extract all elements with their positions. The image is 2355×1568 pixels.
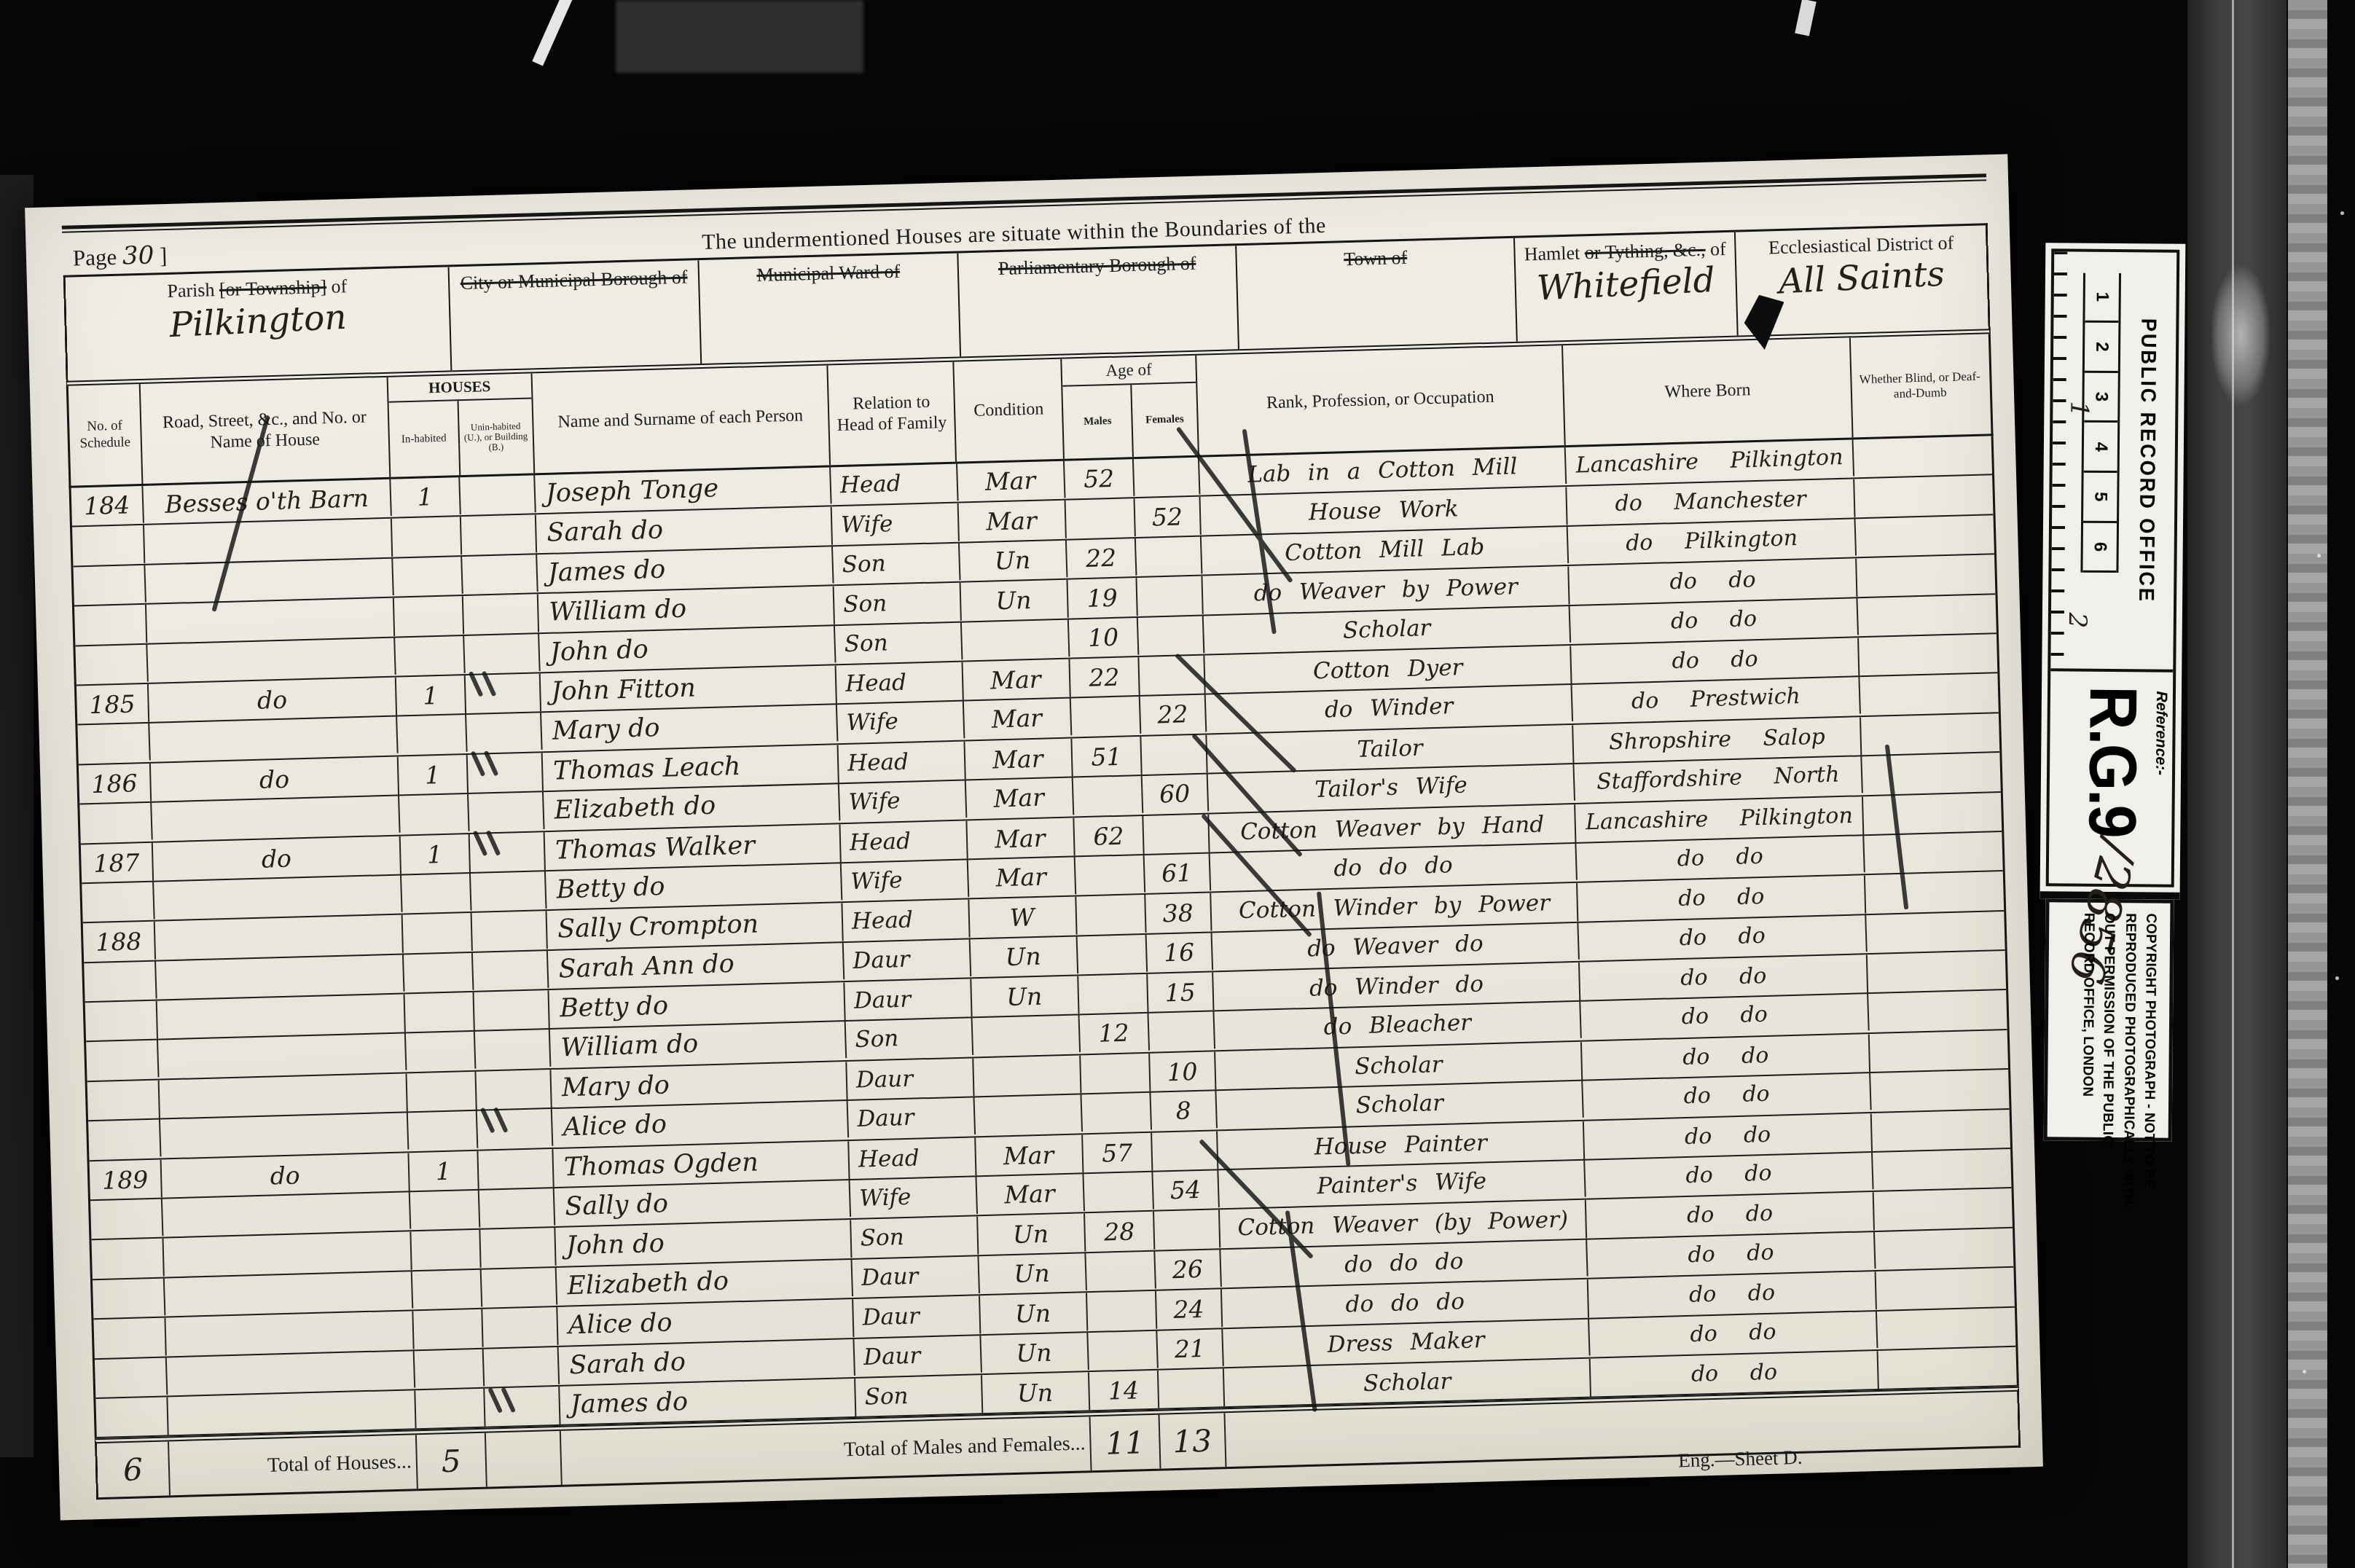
cell-where-born: Lancashire Pilkington	[1575, 796, 1865, 842]
cell-schedule	[74, 605, 147, 645]
cell-age-females	[1141, 734, 1207, 775]
cell-road	[160, 1112, 410, 1158]
cell-schedule: 189	[90, 1159, 162, 1199]
boundary-field-1: City or Municipal Borough of	[450, 260, 702, 370]
ruler-number-boxes: 123456	[2080, 273, 2121, 573]
cell-condition: Mar	[968, 856, 1076, 898]
cell-uninhabited	[466, 673, 541, 713]
cell-age-females	[1137, 576, 1203, 616]
cell-uninhabited	[480, 1228, 556, 1268]
cell-condition: Mar	[965, 738, 1073, 779]
cell-inhabited: 1	[401, 834, 471, 874]
cell-uninhabited	[460, 474, 536, 515]
cell-age-males: 22	[1070, 657, 1140, 697]
record-office-title: PUBLIC RECORD OFFICE	[2117, 264, 2176, 656]
cell-blind	[1874, 1189, 2010, 1231]
cell-age-females	[1159, 1368, 1225, 1408]
cell-blind	[1854, 435, 1990, 477]
cell-road	[165, 1270, 414, 1316]
cell-relation: Daur	[852, 1255, 980, 1298]
cell-age-males	[1084, 1172, 1153, 1212]
cell-condition	[973, 1055, 1082, 1096]
cell-age-females: 15	[1148, 973, 1214, 1013]
cell-schedule	[72, 525, 145, 565]
cell-age-males: 57	[1083, 1132, 1153, 1172]
ruler-number: 1	[2085, 273, 2119, 323]
cell-where-born: do do	[1569, 559, 1858, 604]
cell-inhabited	[407, 1072, 477, 1112]
cell-condition	[972, 1015, 1081, 1057]
boundary-field-3: Parliamentary Borough of	[958, 246, 1239, 356]
cell-where-born: do do	[1588, 1271, 1878, 1317]
cell-relation: Wife	[841, 859, 969, 901]
cell-schedule	[93, 1277, 165, 1317]
cell-age-females: 60	[1143, 773, 1209, 813]
cell-blind	[1865, 831, 2001, 874]
cell-age-females: 10	[1150, 1051, 1216, 1091]
cell-road	[162, 1191, 412, 1237]
cell-inhabited	[393, 556, 463, 596]
cell-condition: Mar	[963, 659, 1071, 700]
cell-where-born: do do	[1585, 1151, 1874, 1199]
cell-age-males	[1088, 1330, 1158, 1370]
cell-uninhabited	[474, 990, 549, 1030]
cell-uninhabited	[477, 1108, 553, 1149]
cell-name: Sarah do	[536, 507, 832, 553]
ruler-number: 5	[2083, 473, 2117, 523]
cell-condition: Un	[959, 539, 1067, 581]
totals-mf-label: Total of Males and Females...	[560, 1417, 1092, 1486]
cell-uninhabited	[483, 1346, 559, 1387]
totals-females: 13	[1159, 1414, 1226, 1469]
boundary-field-value: Whitefield	[1516, 259, 1736, 309]
boundary-field-5: Hamlet or Tything, &c., ofWhitefield	[1515, 232, 1739, 342]
cell-uninhabited	[466, 712, 542, 753]
film-strip-band-light	[2288, 0, 2327, 1568]
cell-relation: Wife	[831, 503, 959, 545]
film-scratch	[532, 0, 575, 66]
cell-inhabited	[408, 1110, 478, 1150]
cell-blind	[1857, 555, 1994, 597]
reference-caption: Reference:-	[2151, 691, 2170, 878]
cell-blind	[1870, 1069, 2007, 1111]
cell-blind	[1872, 1110, 2008, 1151]
totals-houses-label: Total of Houses...	[169, 1435, 418, 1496]
cell-blind	[1856, 514, 1992, 557]
cell-condition: W	[969, 897, 1078, 938]
copyright-line: REPRODUCED PHOTOGRAPHICALLY WITH-	[2118, 913, 2141, 1121]
cell-relation: Head	[831, 463, 959, 505]
page-number: 30	[122, 240, 154, 270]
cell-age-females: 61	[1145, 852, 1211, 893]
cell-inhabited	[401, 873, 471, 913]
dust-speck	[2303, 1370, 2306, 1373]
cell-condition: Un	[978, 1214, 1086, 1255]
cell-blind	[1868, 951, 2004, 992]
col-header-road: Road, Street, &c., and No. or Name of Ho…	[141, 377, 391, 484]
cell-age-males: 51	[1072, 737, 1142, 777]
cell-age-females: 26	[1155, 1249, 1221, 1289]
cell-uninhabited	[464, 633, 540, 674]
boundary-field-label: Municipal Ward of	[699, 259, 957, 288]
cell-name: Mary do	[541, 704, 838, 751]
cell-age-males: 12	[1080, 1013, 1150, 1053]
census-sheet: Page 30 ] The undermentioned Houses are …	[62, 173, 2021, 1519]
col-header-born: Where Born	[1563, 337, 1854, 445]
col-header-rank: Rank, Profession, or Occupation	[1196, 345, 1566, 455]
film-crease	[2232, 0, 2234, 1568]
col-header-condition: Condition	[955, 359, 1065, 462]
cell-inhabited	[399, 793, 469, 834]
cell-uninhabited	[471, 912, 547, 952]
cell-road	[144, 519, 393, 563]
cell-relation: Head	[838, 741, 965, 783]
cell-name: William do	[538, 587, 834, 632]
cell-relation: Daur	[843, 938, 971, 981]
cell-age-females	[1134, 456, 1200, 496]
col-header-males: Males	[1062, 385, 1132, 459]
boundary-field-2: Municipal Ward of	[699, 254, 961, 364]
cell-age-males	[1078, 933, 1148, 973]
cell-relation: Son	[855, 1375, 983, 1416]
cell-age-males	[1066, 499, 1136, 539]
cell-road: do	[161, 1153, 410, 1197]
cell-uninhabited	[475, 1029, 551, 1070]
cell-inhabited: 1	[396, 675, 466, 716]
totals-schedule-count: 6	[97, 1442, 171, 1498]
cell-age-males: 14	[1089, 1371, 1159, 1411]
cell-age-females: 8	[1151, 1090, 1217, 1130]
cell-age-females: 22	[1140, 694, 1207, 734]
cell-condition: Mar	[965, 777, 1074, 818]
cell-relation: Son	[832, 542, 960, 584]
cell-schedule	[82, 881, 154, 921]
cell-road: Besses o'th Barn	[143, 478, 392, 524]
cell-schedule	[85, 1001, 158, 1041]
col-header-houses: HOUSES In-habited Unin-habited (U.), or …	[388, 373, 534, 477]
cell-inhabited: 1	[399, 755, 469, 795]
cell-relation: Head	[840, 820, 968, 862]
cell-inhabited	[404, 952, 474, 992]
cell-blind	[1855, 476, 1991, 517]
cell-name: Alice do	[552, 1099, 848, 1147]
cell-road: do	[153, 836, 401, 880]
cell-condition: Un	[981, 1372, 1090, 1413]
cell-condition: Mar	[957, 460, 1065, 501]
boundary-field-label: Town of	[1237, 244, 1514, 273]
cell-blind	[1865, 872, 2002, 914]
cell-inhabited	[394, 596, 464, 636]
cell-road	[165, 1312, 414, 1356]
cell-age-males	[1073, 775, 1143, 815]
cell-uninhabited	[462, 554, 538, 595]
cell-road: do	[151, 757, 399, 801]
cell-road	[155, 915, 404, 960]
col-header-relation: Relation to Head of Family	[828, 362, 957, 466]
dust-speck	[2317, 554, 2321, 557]
cell-where-born: do Manchester	[1567, 479, 1856, 525]
ruler-number: 2	[2085, 323, 2119, 373]
col-header-inhabited: In-habited	[388, 401, 459, 477]
cell-inhabited	[414, 1348, 484, 1388]
ruler-number: 4	[2084, 423, 2118, 473]
cell-uninhabited	[481, 1267, 557, 1308]
cell-blind	[1860, 673, 1997, 715]
film-light-blob	[2201, 240, 2281, 430]
record-office-label: PUBLIC RECORD OFFICE 123456 12 Reference…	[2038, 243, 2186, 1142]
cell-blind	[1861, 713, 1997, 755]
cell-blind	[1862, 752, 1999, 794]
boundary-field-value: All Saints	[1736, 252, 1988, 304]
cell-uninhabited	[469, 791, 544, 832]
cell-schedule	[73, 564, 146, 604]
cell-schedule	[88, 1119, 161, 1159]
cell-blind	[1869, 989, 2005, 1032]
cell-schedule	[75, 643, 148, 683]
boundary-field-0: Parish [or Township] ofPilkington	[66, 267, 452, 380]
cell-uninhabited	[467, 753, 543, 793]
cell-schedule	[95, 1398, 168, 1438]
cell-condition: Mar	[976, 1134, 1084, 1175]
cell-inhabited	[410, 1190, 480, 1230]
cell-schedule: 186	[79, 764, 152, 804]
cell-age-females	[1152, 1131, 1218, 1171]
census-page: Page 30 ] The undermentioned Houses are …	[25, 154, 2043, 1521]
cell-uninhabited	[461, 515, 537, 555]
cell-inhabited	[406, 1031, 476, 1071]
cell-blind	[1877, 1306, 2013, 1349]
cell-age-males: 10	[1069, 616, 1139, 656]
cell-road	[167, 1349, 416, 1395]
age-group-caption: Age of	[1062, 356, 1195, 387]
cell-where-born: Staffordshire North	[1574, 755, 1863, 802]
cell-condition: Un	[979, 1253, 1087, 1294]
cell-relation: Daur	[845, 979, 972, 1021]
cell-age-females: 38	[1145, 893, 1212, 933]
cell-blind	[1863, 793, 1999, 834]
col-header-uninhabited: Unin-habited (U.), or Building (B.)	[457, 399, 533, 476]
col-header-females: Females	[1130, 383, 1197, 457]
copyright-line: OUT PERMISSION OF THE PUBLIC	[2098, 913, 2120, 1121]
cell-road	[159, 1074, 407, 1118]
cell-relation: Daur	[854, 1334, 982, 1376]
copyright-notice: COPYRIGHT PHOTOGRAPH - NOT TO BEREPRODUC…	[2044, 898, 2174, 1142]
cell-schedule: 188	[83, 922, 156, 962]
cell-inhabited: 1	[391, 477, 461, 517]
cell-blind	[1870, 1030, 2006, 1072]
cell-name: Sally Crompton	[546, 903, 843, 949]
cell-condition: Un	[960, 580, 1069, 621]
cell-where-born: do do	[1580, 993, 1870, 1040]
cell-relation: Wife	[850, 1176, 978, 1218]
cell-blind	[1873, 1148, 2009, 1191]
cell-where-born: do do	[1591, 1351, 1880, 1396]
houses-group-caption: HOUSES	[388, 373, 531, 402]
cell-condition: Mar	[958, 501, 1067, 541]
cell-blind	[1875, 1227, 2011, 1269]
cell-schedule: 187	[81, 842, 154, 882]
cell-age-males	[1082, 1092, 1152, 1132]
cell-road	[154, 874, 403, 920]
cell-relation: Daur	[853, 1296, 981, 1338]
cell-relation: Head	[836, 662, 963, 704]
cell-inhabited: 1	[409, 1151, 479, 1191]
cell-where-born: do do	[1576, 834, 1865, 882]
cell-schedule	[93, 1318, 166, 1358]
cell-age-females: 16	[1146, 932, 1212, 972]
cell-schedule: 185	[77, 684, 149, 724]
totals-houses-value: 5	[417, 1433, 487, 1489]
cell-inhabited	[392, 517, 462, 557]
cell-age-females: 54	[1153, 1169, 1219, 1210]
cell-age-males	[1071, 696, 1141, 736]
cell-age-females: 21	[1157, 1328, 1223, 1368]
cell-uninhabited	[471, 871, 546, 912]
cell-road	[149, 716, 399, 761]
cell-blind	[1859, 634, 1995, 675]
cell-uninhabited	[482, 1307, 558, 1347]
cell-relation: Head	[842, 900, 970, 941]
cell-age-males	[1076, 895, 1146, 935]
cell-blind	[1858, 593, 1994, 635]
cell-relation: Son	[834, 583, 961, 624]
cell-uninhabited	[473, 950, 549, 991]
cell-road	[146, 598, 395, 643]
census-rows: 184Besses o'th Barn1Joseph TongeHeadMar5…	[69, 436, 2019, 1438]
cell-name: William do	[549, 1021, 846, 1068]
cell-schedule	[77, 723, 150, 763]
cell-relation: Daur	[847, 1097, 976, 1139]
cell-condition: Un	[981, 1332, 1089, 1373]
cell-where-born: do do	[1587, 1231, 1876, 1278]
cell-relation: Head	[849, 1137, 976, 1179]
cell-relation: Wife	[836, 701, 965, 743]
cell-age-males	[1087, 1291, 1157, 1331]
record-office-label-main: PUBLIC RECORD OFFICE 123456 12 Reference…	[2040, 243, 2186, 900]
cell-uninhabited	[479, 1188, 555, 1228]
cell-age-males: 28	[1085, 1212, 1155, 1252]
cell-blind	[1867, 910, 2003, 952]
cell-road	[152, 795, 401, 841]
col-header-schedule: No. of Schedule	[68, 384, 144, 486]
ruler-inch-number: 1	[2064, 401, 2093, 417]
cell-inhabited	[397, 714, 467, 754]
cell-inhabited	[404, 992, 474, 1032]
cell-uninhabited	[476, 1070, 552, 1110]
cell-condition	[974, 1094, 1083, 1135]
boundary-field-label: City or Municipal Borough of	[450, 266, 698, 294]
cell-age-males	[1075, 855, 1145, 895]
cell-uninhabited	[485, 1387, 560, 1427]
cell-schedule	[87, 1081, 160, 1121]
cell-where-born: do do	[1586, 1193, 1876, 1238]
film-scratch	[1795, 0, 1817, 36]
cell-age-females	[1139, 656, 1205, 696]
photographed-census-scene: Page 30 ] The undermentioned Houses are …	[0, 0, 2355, 1568]
cell-age-females	[1154, 1210, 1220, 1250]
cell-relation: Son	[834, 622, 963, 664]
col-header-name: Name and Surname of each Person	[532, 365, 830, 473]
cell-condition: Un	[971, 976, 1080, 1017]
cell-uninhabited	[469, 832, 545, 872]
cell-road	[168, 1391, 416, 1435]
cell-inhabited	[413, 1309, 483, 1349]
cell-condition: Mar	[967, 818, 1075, 858]
cell-age-females	[1136, 536, 1202, 576]
film-strip-band	[2187, 0, 2287, 1568]
cell-blind	[1876, 1268, 2013, 1309]
cell-blind	[1878, 1347, 2015, 1389]
reference-series: R.G.9	[2073, 686, 2151, 837]
cell-where-born: do do	[1583, 1072, 1872, 1119]
sheet-footer: Eng.—Sheet D.	[1678, 1446, 1803, 1473]
cell-schedule	[95, 1357, 168, 1397]
cell-road	[156, 953, 405, 999]
cell-relation: Son	[851, 1217, 979, 1258]
cell-age-females: 24	[1156, 1290, 1223, 1330]
cell-age-males: 52	[1065, 458, 1135, 498]
cell-schedule	[86, 1040, 159, 1080]
cell-inhabited	[402, 913, 472, 953]
cell-schedule	[90, 1198, 163, 1238]
cell-schedule	[84, 960, 157, 1000]
ruler-inch-number: 2	[2063, 612, 2092, 628]
col-header-age: Age of Males Females	[1062, 356, 1199, 459]
page-word: Page	[73, 244, 117, 271]
cell-schedule	[79, 802, 152, 842]
dust-speck	[2335, 976, 2339, 980]
page-number-label: Page 30 ]	[62, 238, 281, 273]
cell-relation: Daur	[847, 1058, 974, 1099]
cell-age-males	[1078, 974, 1148, 1014]
totals-empty-cell	[486, 1431, 563, 1487]
totals-males: 11	[1091, 1415, 1161, 1471]
cell-road	[163, 1232, 412, 1277]
ruler-ticks: 12	[2050, 251, 2083, 668]
film-smudge	[616, 0, 863, 73]
cell-name: Alice do	[557, 1300, 854, 1346]
cell-name: Elizabeth do	[544, 783, 840, 830]
ruler-number: 6	[2082, 522, 2117, 573]
cell-condition	[961, 619, 1070, 660]
col-header-blind: Whether Blind, or Deaf-and-Dumb	[1851, 334, 1988, 437]
cell-where-born: do do	[1578, 876, 1867, 921]
cell-age-males: 62	[1074, 816, 1144, 856]
cell-inhabited	[411, 1230, 481, 1270]
cell-condition: Mar	[976, 1173, 1085, 1215]
cell-condition: Un	[970, 936, 1078, 977]
dust-speck	[2340, 211, 2344, 215]
cell-inhabited	[415, 1389, 485, 1429]
cell-inhabited	[395, 635, 465, 675]
copyright-line: COPYRIGHT PHOTOGRAPH - NOT TO BE	[2139, 913, 2162, 1121]
cell-age-females	[1138, 615, 1204, 655]
boundary-field-label: Parliamentary Borough of	[958, 251, 1236, 281]
copyright-line: RECORD OFFICE, LONDON	[2077, 913, 2100, 1121]
cell-age-females	[1143, 814, 1210, 854]
reference-number: R.G.9 /2856	[2073, 677, 2151, 878]
cell-uninhabited	[478, 1149, 554, 1189]
cell-road	[145, 557, 394, 603]
cell-age-females	[1148, 1011, 1215, 1051]
cell-condition: Un	[980, 1293, 1089, 1334]
cell-relation: Son	[845, 1017, 973, 1059]
cell-age-females: 52	[1135, 497, 1201, 537]
cell-where-born: Lancashire Pilkington	[1566, 439, 1855, 486]
boundary-field-4: Town of	[1237, 238, 1518, 349]
cell-name: James do	[560, 1379, 856, 1424]
cell-where-born: do Prestwich	[1572, 676, 1862, 724]
